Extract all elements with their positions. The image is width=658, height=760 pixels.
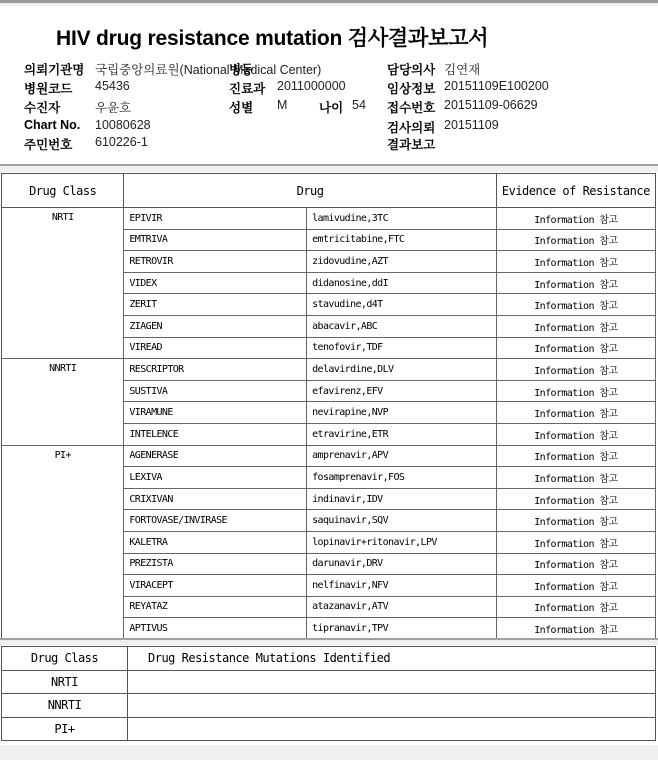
department-value: 2011000000 (277, 79, 346, 93)
generic-name: nevirapine,NVP (307, 402, 497, 424)
evidence: Information 참고 (496, 445, 655, 467)
mutation-class-nrti: NRTI (2, 670, 128, 694)
generic-name: tipranavir,TPV (307, 618, 497, 640)
evidence: Information 참고 (496, 251, 655, 273)
generic-name: stavudine,d4T (307, 294, 497, 316)
test-request-value: 20151109 (444, 118, 499, 132)
mutation-class-nnrti: NNRTI (2, 694, 128, 718)
table-row: PI+ AGENERASE amprenavir,APV Information… (2, 445, 656, 467)
generic-name: darunavir,DRV (307, 553, 497, 575)
info-institution: 의뢰기관명 국립중앙의료원(National Medical Center) 병… (24, 60, 374, 76)
table-row: NNRTI (2, 694, 656, 718)
generic-name: indinavir,IDV (307, 488, 497, 510)
info-hospital-code: 병원코드 45436 (24, 79, 224, 95)
info-test-request: 검사의뢰 20151109 (387, 118, 647, 134)
info-department: 진료과 2011000000 (229, 79, 379, 95)
sex-value: M (277, 98, 287, 112)
generic-name: tenofovir,TDF (307, 337, 497, 359)
brand-name: AGENERASE (124, 445, 307, 467)
generic-name: delavirdine,DLV (307, 359, 497, 381)
evidence: Information 참고 (496, 596, 655, 618)
header-drug-class: Drug Class (2, 647, 128, 671)
brand-name: APTIVUS (124, 618, 307, 640)
hospital-code-value: 45436 (95, 79, 130, 93)
age-value: 54 (352, 98, 366, 112)
brand-name: RESCRIPTOR (124, 359, 307, 381)
evidence: Information 참고 (496, 467, 655, 489)
chart-no-value: 10080628 (95, 118, 151, 132)
receipt-no-label: 접수번호 (387, 98, 435, 116)
mutation-value-pi (128, 717, 656, 741)
institution-value: 국립중앙의료원(National Medical Center) (95, 60, 321, 78)
brand-name: VIREAD (124, 337, 307, 359)
drug-table-header: Drug Class Drug Evidence of Resistance (2, 174, 656, 208)
patient-value: 우윤호 (95, 98, 131, 116)
brand-name: VIRAMUNE (124, 402, 307, 424)
table-row: NRTI (2, 670, 656, 694)
evidence: Information 참고 (496, 315, 655, 337)
test-request-label: 검사의뢰 (387, 118, 435, 136)
generic-name: lopinavir+ritonavir,LPV (307, 531, 497, 553)
drug-class-nnrti: NNRTI (2, 359, 124, 445)
info-doctor: 담당의사 김연재 (387, 60, 647, 76)
brand-name: EMTRIVA (124, 229, 307, 251)
evidence: Information 참고 (496, 380, 655, 402)
generic-name: etravirine,ETR (307, 423, 497, 445)
info-sex: 성별 M (229, 98, 329, 114)
drug-class-pi: PI+ (2, 445, 124, 639)
brand-name: INTELENCE (124, 423, 307, 445)
doctor-value: 김연재 (444, 60, 480, 78)
result-report-label: 결과보고 (387, 135, 435, 153)
info-result-report: 결과보고 (387, 135, 647, 151)
generic-name: saquinavir,SQV (307, 510, 497, 532)
evidence: Information 참고 (496, 575, 655, 597)
info-patient: 수진자 우윤호 (24, 98, 224, 114)
drug-table: Drug Class Drug Evidence of Resistance N… (1, 173, 656, 640)
doctor-label: 담당의사 (387, 60, 435, 78)
evidence: Information 참고 (496, 359, 655, 381)
generic-name: lamivudine,3TC (307, 208, 497, 230)
info-chart-no: Chart No. 10080628 (24, 118, 224, 134)
evidence: Information 참고 (496, 488, 655, 510)
brand-name: FORTOVASE/INVIRASE (124, 510, 307, 532)
evidence: Information 참고 (496, 272, 655, 294)
brand-name: REYATAZ (124, 596, 307, 618)
generic-name: abacavir,ABC (307, 315, 497, 337)
table-row: PI+ (2, 717, 656, 741)
brand-name: LEXIVA (124, 467, 307, 489)
generic-name: zidovudine,AZT (307, 251, 497, 273)
generic-name: efavirenz,EFV (307, 380, 497, 402)
generic-name: amprenavir,APV (307, 445, 497, 467)
resident-no-value: 610226-1 (95, 135, 148, 149)
ward-label-overlap: 병동 (229, 60, 253, 78)
evidence: Information 참고 (496, 510, 655, 532)
mutation-value-nnrti (128, 694, 656, 718)
brand-name: SUSTIVA (124, 380, 307, 402)
brand-name: CRIXIVAN (124, 488, 307, 510)
patient-label: 수진자 (24, 98, 60, 116)
header-evidence: Evidence of Resistance (496, 174, 655, 208)
brand-name: VIDEX (124, 272, 307, 294)
header-drug: Drug (124, 174, 496, 208)
brand-name: EPIVIR (124, 208, 307, 230)
evidence: Information 참고 (496, 208, 655, 230)
receipt-no-value: 20151109-06629 (444, 98, 538, 112)
brand-name: VIRACEPT (124, 575, 307, 597)
brand-name: ZERIT (124, 294, 307, 316)
mutation-table: Drug Class Drug Resistance Mutations Ide… (1, 646, 656, 741)
evidence: Information 참고 (496, 423, 655, 445)
chart-no-label: Chart No. (24, 118, 80, 132)
generic-name: didanosine,ddI (307, 272, 497, 294)
resident-no-label: 주민번호 (24, 135, 72, 153)
drug-class-nrti: NRTI (2, 208, 124, 359)
evidence: Information 참고 (496, 337, 655, 359)
info-resident-no: 주민번호 610226-1 (24, 135, 224, 151)
table-row: NRTI EPIVIR lamivudine,3TC Information 참… (2, 208, 656, 230)
hospital-code-label: 병원코드 (24, 79, 72, 97)
department-label: 진료과 (229, 79, 265, 97)
clinical-info-label: 임상정보 (387, 79, 435, 97)
generic-name: atazanavir,ATV (307, 596, 497, 618)
bottom-bar (0, 745, 658, 760)
evidence: Information 참고 (496, 294, 655, 316)
brand-name: KALETRA (124, 531, 307, 553)
info-clinical: 임상정보 20151109E100200 (387, 79, 647, 95)
table-row: NNRTI RESCRIPTOR delavirdine,DLV Informa… (2, 359, 656, 381)
evidence: Information 참고 (496, 553, 655, 575)
evidence: Information 참고 (496, 531, 655, 553)
evidence: Information 참고 (496, 402, 655, 424)
brand-name: PREZISTA (124, 553, 307, 575)
info-receipt-no: 접수번호 20151109-06629 (387, 98, 647, 114)
clinical-info-value: 20151109E100200 (444, 79, 549, 93)
mutation-class-pi: PI+ (2, 717, 128, 741)
report-title: HIV drug resistance mutation 검사결과보고서 (56, 22, 488, 52)
header-drug-class: Drug Class (2, 174, 124, 208)
top-border-shade (0, 3, 658, 6)
mutation-value-nrti (128, 670, 656, 694)
generic-name: fosamprenavir,FOS (307, 467, 497, 489)
section-divider (0, 164, 658, 172)
institution-label: 의뢰기관명 (24, 60, 84, 78)
brand-name: ZIAGEN (124, 315, 307, 337)
generic-name: nelfinavir,NFV (307, 575, 497, 597)
age-label: 나이 (319, 98, 343, 116)
sex-label: 성별 (229, 98, 253, 116)
section-divider (0, 638, 658, 645)
evidence: Information 참고 (496, 229, 655, 251)
info-age: 나이 54 (319, 98, 379, 114)
evidence: Information 참고 (496, 618, 655, 640)
brand-name: RETROVIR (124, 251, 307, 273)
header-mutations: Drug Resistance Mutations Identified (128, 647, 656, 671)
generic-name: emtricitabine,FTC (307, 229, 497, 251)
mutation-table-header: Drug Class Drug Resistance Mutations Ide… (2, 647, 656, 671)
